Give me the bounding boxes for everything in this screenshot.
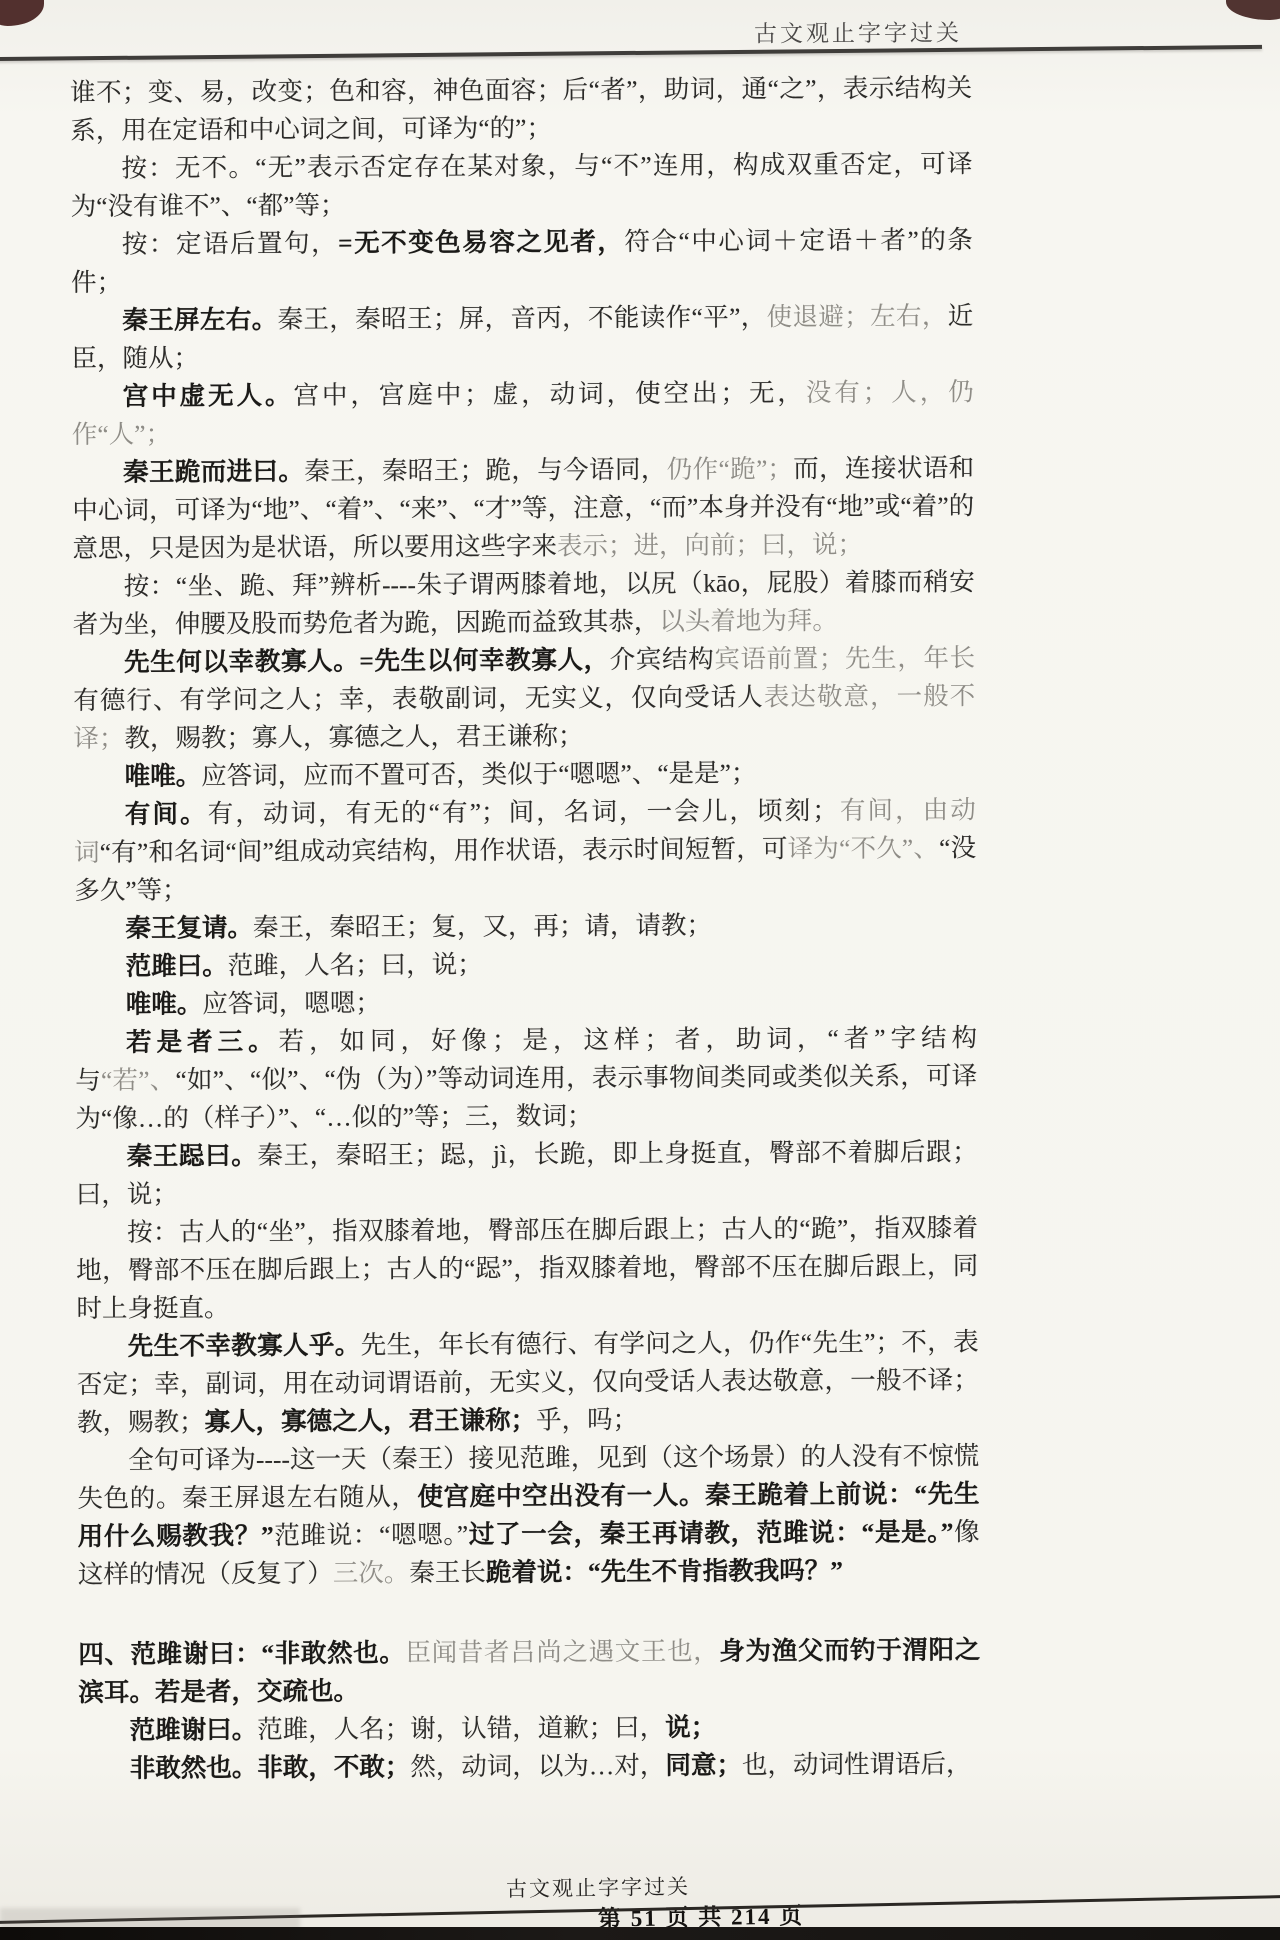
text-segment: 寡人，寡德之人，君王谦称； bbox=[204, 1406, 536, 1437]
text-segment: 非敢然也。非敢，不敢； bbox=[130, 1752, 411, 1782]
paragraph: 非敢然也。非敢，不敢；然，动词，以为…对，同意；也，动词性谓语后， bbox=[79, 1745, 981, 1788]
text-segment: “若”、 bbox=[101, 1065, 176, 1094]
paragraph: 范雎谢曰。范雎，人名；谢，认错，道歉；曰，说； bbox=[79, 1707, 981, 1750]
text-segment: 也，动词性谓语后， bbox=[742, 1749, 972, 1779]
paragraph: 谁不；变、易，改变；色和容，神色面容；后“者”，助词，通“之”，表示结构关系，用… bbox=[70, 69, 972, 150]
paragraph: 秦王跪而进曰。秦王，秦昭王；跪，与今语同，仍作“跪”；而，连接状语和中心词，可译… bbox=[72, 449, 975, 568]
paragraph: 先生何以幸教寡人。=先生以何幸教寡人，介宾结构宾语前置；先生，年长有德行、有学问… bbox=[73, 639, 976, 758]
page-header-title: 古文观止字字过关 bbox=[754, 14, 962, 48]
text-segment: “如”、“似”、“伪（为）”等动词连用，表示事物间类同或类似关系，可译为“像…的… bbox=[75, 1061, 977, 1133]
page-footer-title: 古文观止字字过关 bbox=[506, 1871, 690, 1904]
text-segment: 教，赐教；寡人，寡德之人，君王谦称； bbox=[124, 721, 583, 752]
text-segment: 秦王，秦昭王；跪，与今语同， bbox=[304, 455, 667, 486]
paragraph: 宫中虚无人。宫中，宫庭中；虚，动词，使空出；无，没有；人，仍作“人”； bbox=[72, 373, 974, 454]
text-segment: =无不变色易容之见者， bbox=[338, 227, 624, 257]
text-segment: 先生何以幸教寡人。=先生以何幸教寡人， bbox=[124, 645, 610, 677]
text-segment: 表示；进，向前；曰，说； bbox=[557, 530, 863, 561]
text-segment: 过了一会，秦王再请教，范雎说：“是是。” bbox=[468, 1517, 953, 1549]
text-segment: 秦王屏左右。 bbox=[122, 305, 277, 335]
paragraph: 秦王跽曰。秦王，秦昭王；跽，jì，长跪，即上身挺直，臀部不着脚后跟；曰，说； bbox=[76, 1133, 978, 1214]
text-segment: 仍作“跪”； bbox=[667, 454, 793, 484]
text-segment: 译为“不久”、 bbox=[788, 833, 940, 863]
text-segment: 秦王，秦昭王；复，又，再；请，请教； bbox=[253, 911, 712, 942]
text-segment: 四、范雎谢曰：“非敢然也。 bbox=[78, 1638, 405, 1669]
text-segment: 范雎谢曰。 bbox=[130, 1715, 258, 1745]
paragraph: 唯唯。应答词，嗯嗯； bbox=[75, 981, 977, 1024]
paragraph: 按：“坐、跪、拜”辨析----朱子谓两膝着地，以尻（kāo，屁股）着膝而稍安者为… bbox=[73, 563, 975, 644]
text-segment: 唯唯。 bbox=[126, 989, 203, 1018]
paragraph: 按：无不。“无”表示否定存在某对象，与“不”连用，构成双重否定，可译为“没有谁不… bbox=[70, 145, 972, 226]
text-segment: 秦王跽曰。 bbox=[127, 1141, 258, 1171]
text-segment: 乎，吗； bbox=[536, 1405, 638, 1435]
text-segment: 按：无不。“无”表示否定存在某对象，与“不”连用，构成双重否定，可译为“没有谁不… bbox=[71, 149, 973, 221]
text-segment: 三次。 bbox=[333, 1558, 410, 1587]
text-segment: 有，动词，有无的“有”；间，名词，一会儿，顷刻； bbox=[208, 796, 838, 828]
text-segment: 范雎说：“嗯嗯。” bbox=[274, 1520, 469, 1550]
paragraph: 唯唯。应答词，应而不置可否，类似于“嗯嗯”、“是是”； bbox=[74, 753, 976, 796]
text-segment: 谁不；变、易，改变；色和容，神色面容；后“者”，助词，通“之”，表示结构关系，用… bbox=[70, 73, 972, 145]
text-segment: 范雎曰。 bbox=[126, 951, 228, 981]
text-segment: 同意； bbox=[665, 1751, 742, 1780]
text-segment: 按：古人的“坐”，指双膝着地，臀部压在脚后跟上；古人的“跪”，指双膝着地，臀部不… bbox=[76, 1213, 978, 1323]
paragraph: 秦王屏左右。秦王，秦昭王；屏，音丙，不能读作“平”，使退避；左右，近臣，随从； bbox=[71, 297, 973, 378]
text-segment: 宫中虚无人。 bbox=[123, 381, 294, 411]
text-segment: 若是者三。 bbox=[126, 1027, 279, 1057]
text-segment: 秦王长 bbox=[409, 1558, 486, 1587]
paragraph: 先生不幸教寡人乎。先生，年长有德行、有学问之人，仍作“先生”；不，表否定；幸，副… bbox=[77, 1323, 980, 1442]
text-segment: 秦王跪而进曰。 bbox=[123, 457, 304, 487]
scan-corner-mark bbox=[1226, 0, 1280, 20]
text-segment: 宫中，宫庭中；虚，动词，使空出；无， bbox=[293, 378, 806, 410]
paragraph: 全句可译为----这一天（秦王）接见范雎，见到（这个场景）的人没有不惊慌失色的。… bbox=[77, 1437, 980, 1594]
text-segment: 使退避；左右， bbox=[767, 301, 948, 331]
text-segment: 应答词，嗯嗯； bbox=[202, 988, 381, 1018]
paragraph: 有间。有，动词，有无的“有”；间，名词，一会儿，顷刻；有间，由动词“有”和名词“… bbox=[74, 791, 977, 910]
header-rule bbox=[0, 45, 1262, 61]
text-segment: 说； bbox=[665, 1713, 716, 1742]
text-segment: 跪着说：“先生不肯指教我吗？” bbox=[486, 1556, 843, 1587]
scan-corner-mark bbox=[0, 0, 44, 26]
text-segment: 有间。 bbox=[125, 799, 208, 828]
paragraph: 按：定语后置句，=无不变色易容之见者，符合“中心词＋定语＋者”的条件； bbox=[71, 221, 973, 302]
paragraph: 范雎曰。范雎，人名；曰，说； bbox=[75, 943, 977, 986]
text-segment: 然，动词，以为…对， bbox=[410, 1751, 665, 1781]
scanned-page: 古文观止字字过关 谁不；变、易，改变；色和容，神色面容；后“者”，助词，通“之”… bbox=[0, 0, 1280, 1940]
text-segment: 以头着地为拜。 bbox=[659, 606, 838, 636]
text-segment: 有德行、有学问之人；幸，表敬副词，无实义，仅向受话人 bbox=[73, 682, 764, 715]
text-segment: 按：“坐、跪、拜”辨析----朱子谓两膝着地，以尻（kāo，屁股）着膝而稍安者为… bbox=[73, 567, 975, 639]
text-segment: “有”和名词“间”组成动宾结构，用作状语，表示时间短暂，可 bbox=[100, 834, 788, 867]
text-segment: 先生不幸教寡人乎。 bbox=[128, 1330, 361, 1360]
paragraph: 若是者三。若，如同，好像；是，这样；者，助词，“者”字结构与“若”、“如”、“似… bbox=[75, 1019, 978, 1138]
document-body: 谁不；变、易，改变；色和容，神色面容；后“者”，助词，通“之”，表示结构关系，用… bbox=[70, 69, 981, 1788]
text-segment: 介宾结构 bbox=[610, 645, 715, 675]
text-segment: 臣闻昔者吕尚之遇文王也， bbox=[405, 1637, 719, 1668]
text-segment: 秦王，秦昭王；屏，音丙，不能读作“平”， bbox=[277, 302, 766, 334]
text-segment: 范雎，人名；谢，认错，道歉；曰， bbox=[257, 1713, 665, 1744]
paragraph: 按：古人的“坐”，指双膝着地，臀部压在脚后跟上；古人的“跪”，指双膝着地，臀部不… bbox=[76, 1209, 979, 1328]
paragraph: 秦王复请。秦王，秦昭王；复，又，再；请，请教； bbox=[74, 905, 976, 948]
text-segment: 唯唯。 bbox=[125, 761, 202, 790]
text-segment: 宾语前置；先生，年长 bbox=[714, 643, 975, 673]
text-segment: 应答词，应而不置可否，类似于“嗯嗯”、“是是”； bbox=[201, 758, 756, 790]
text-segment: 按：定语后置句， bbox=[122, 229, 338, 259]
paragraph: 四、范雎谢曰：“非敢然也。臣闻昔者吕尚之遇文王也，身为渔父而钓于渭阳之滨耳。若是… bbox=[78, 1631, 980, 1712]
text-segment: 范雎，人名；曰，说； bbox=[228, 950, 483, 980]
scan-edge-band bbox=[0, 1927, 1280, 1940]
text-segment: 秦王复请。 bbox=[125, 913, 253, 943]
